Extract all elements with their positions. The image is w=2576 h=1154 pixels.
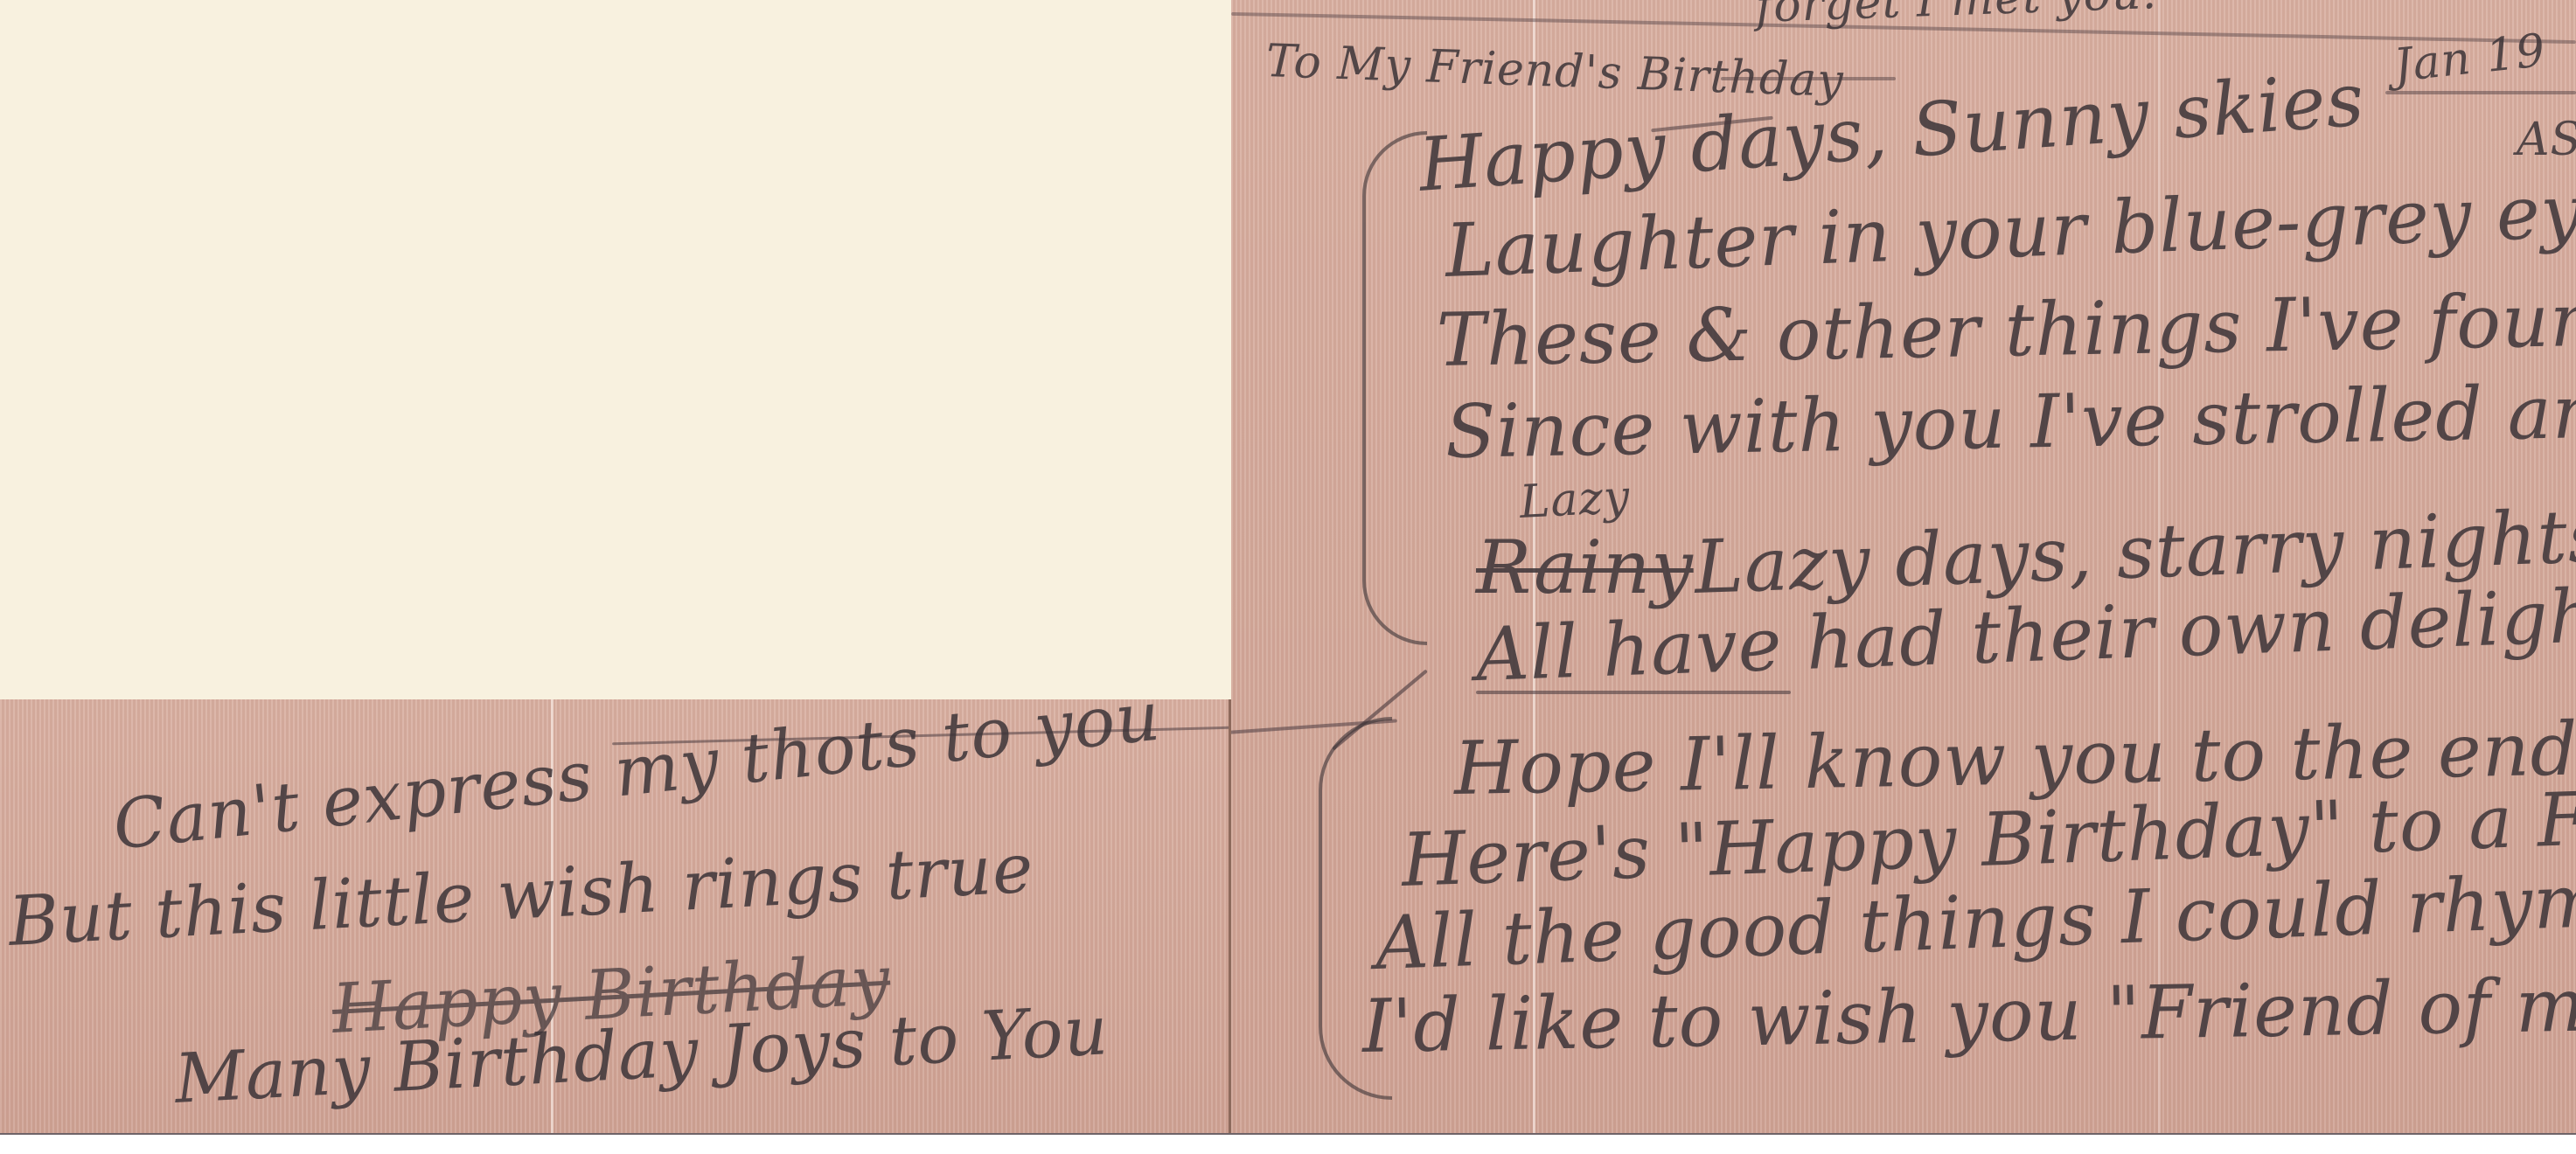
poem-line: Since with you I've strolled around	[1445, 365, 2576, 475]
replacement-word: Lazy	[1518, 470, 1631, 529]
date: Jan 19	[2392, 24, 2548, 93]
margin-note: AS	[2517, 114, 2576, 166]
date-underline	[2385, 91, 2576, 94]
struck-word: Rainy	[1476, 525, 1694, 610]
blank-background	[0, 0, 1231, 699]
stanza-bracket	[1362, 131, 1427, 645]
underline	[1476, 691, 1791, 694]
bottom-margin	[0, 1133, 2576, 1154]
poem-line: These & other things I've found	[1436, 276, 2576, 383]
heading-underline	[1721, 77, 1896, 80]
right-page: forget I met you. To My Friend's Birthda…	[1231, 0, 2576, 1133]
heading: To My Friend's Birthday	[1265, 35, 1845, 108]
left-page: Can't express my thots to you But this l…	[0, 699, 1231, 1133]
